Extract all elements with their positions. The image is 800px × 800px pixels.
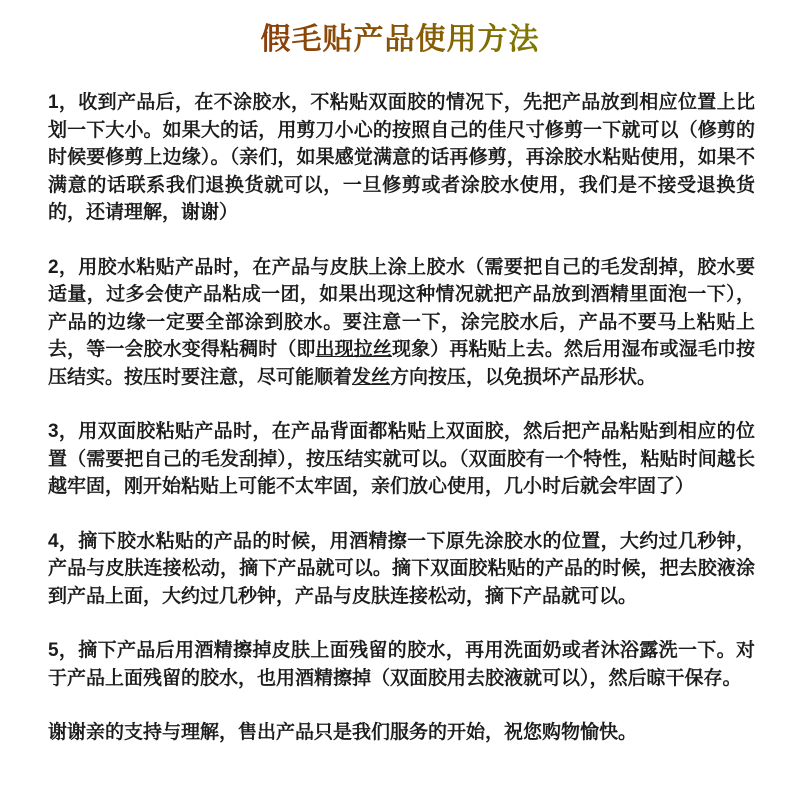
step-4-paragraph: 4，摘下胶水粘贴的产品的时候，用酒精擦一下原先涂胶水的位置，大约过几秒钟，产品与… xyxy=(48,528,755,611)
step-3-paragraph: 3，用双面胶粘贴产品时，在产品背面都粘贴上双面胶，然后把产品粘贴到相应的位置（需… xyxy=(48,418,755,501)
text-segment: 3，用双面胶粘贴产品时，在产品背面都粘贴上双面胶，然后把产品粘贴到相应的位置（需… xyxy=(48,421,755,497)
text-segment: 4，摘下胶水粘贴的产品的时候，用酒精擦一下原先涂胶水的位置，大约过几秒钟，产品与… xyxy=(48,531,755,607)
text-segment: 谢谢亲的支持与理解，售出产品只是我们服务的开始，祝您购物愉快。 xyxy=(48,722,637,743)
closing-paragraph: 谢谢亲的支持与理解，售出产品只是我们服务的开始，祝您购物愉快。 xyxy=(48,719,755,747)
instruction-document-page: 假毛贴产品使用方法 1，收到产品后，在不涂胶水，不粘贴双面胶的情况下，先把产品放… xyxy=(0,0,800,800)
text-segment: 5，摘下产品后用酒精擦掉皮肤上面残留的胶水，再用洗面奶或者沐浴露洗一下。对于产品… xyxy=(48,640,755,689)
document-title: 假毛贴产品使用方法 xyxy=(0,0,800,58)
step-5-paragraph: 5，摘下产品后用酒精擦掉皮肤上面残留的胶水，再用洗面奶或者沐浴露洗一下。对于产品… xyxy=(48,637,755,692)
paragraph-list: 1，收到产品后，在不涂胶水，不粘贴双面胶的情况下，先把产品放到相应位置上比划一下… xyxy=(0,58,800,787)
underlined-text-segment: 发丝 xyxy=(352,367,390,388)
text-segment: 方向按压，以免损坏产品形状。 xyxy=(390,367,656,388)
underlined-text-segment: 出现拉丝 xyxy=(316,339,392,360)
document-title-text: 假毛贴产品使用方法 xyxy=(261,23,540,56)
step-1-paragraph: 1，收到产品后，在不涂胶水，不粘贴双面胶的情况下，先把产品放到相应位置上比划一下… xyxy=(48,89,755,227)
text-segment: 1，收到产品后，在不涂胶水，不粘贴双面胶的情况下，先把产品放到相应位置上比划一下… xyxy=(48,92,755,223)
step-2-paragraph: 2，用胶水粘贴产品时，在产品与皮肤上涂上胶水（需要把自己的毛发刮掉，胶水要适量，… xyxy=(48,254,755,392)
